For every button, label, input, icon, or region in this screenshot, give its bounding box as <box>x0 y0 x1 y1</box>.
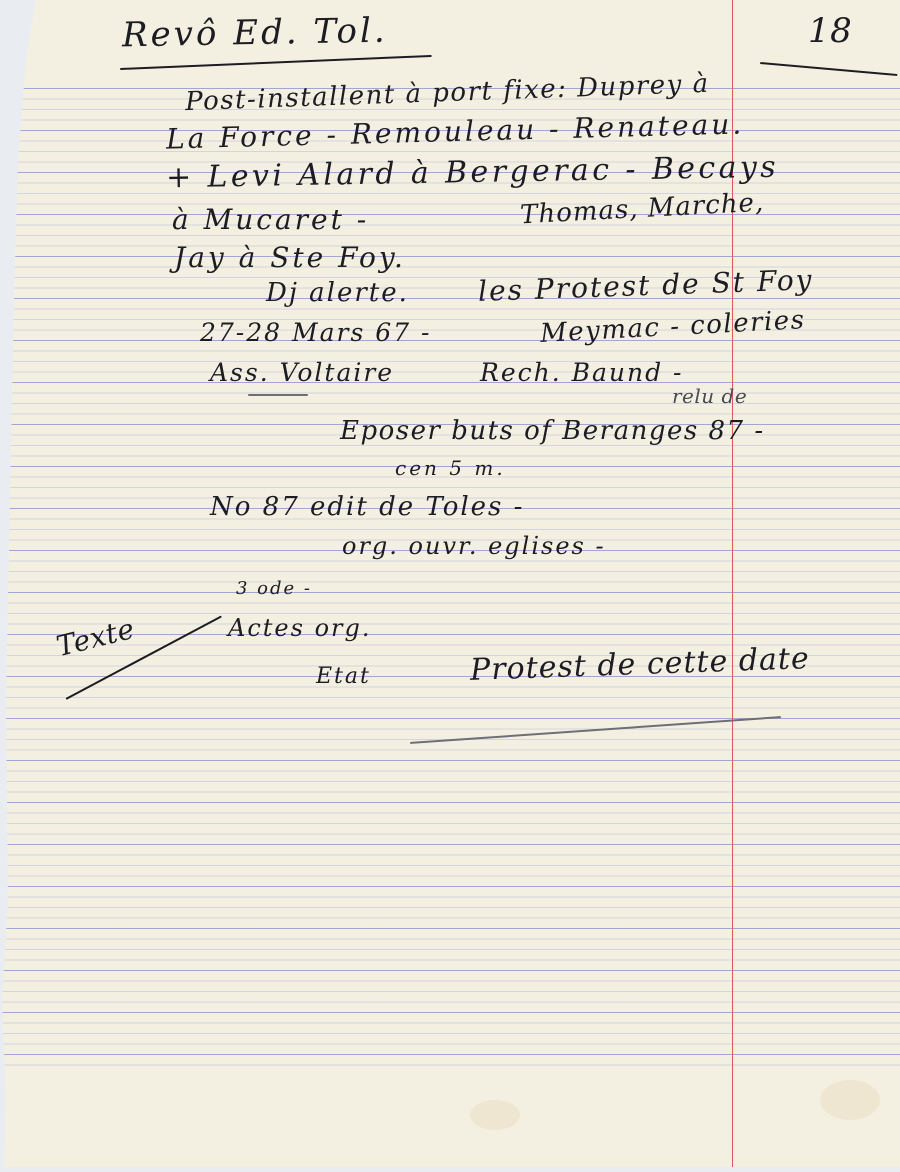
note-line: Rech. Baund - <box>480 360 684 385</box>
note-line: No 87 edit de Toles - <box>210 494 524 520</box>
note-line: Jay à Ste Foy. <box>174 244 406 272</box>
paper-stain <box>470 1100 520 1130</box>
note-line: cen 5 m. <box>395 458 506 478</box>
note-line: Etat <box>316 666 371 688</box>
note-line: à Mucaret - <box>172 206 369 234</box>
note-line: Actes org. <box>228 616 371 640</box>
voltaire-underline <box>248 394 308 396</box>
paper-sheet: Revô Ed. Tol. 18 Post-installent à port … <box>0 0 900 1167</box>
note-line: Dj alerte. <box>266 280 409 306</box>
paper-stain <box>820 1080 880 1120</box>
page-number-underline <box>760 62 898 76</box>
page-number: 18 <box>808 14 852 48</box>
note-line: 27-28 Mars 67 - <box>200 320 431 345</box>
note-line: relu de <box>672 386 747 406</box>
note-line: 3 ode - <box>236 580 312 598</box>
note-line: Ass. Voltaire <box>210 360 394 385</box>
document-title: Revô Ed. Tol. <box>122 14 388 53</box>
note-line: org. ouvr. eglises - <box>342 534 606 558</box>
note-line: Eposer buts of Beranges 87 - <box>340 418 765 444</box>
